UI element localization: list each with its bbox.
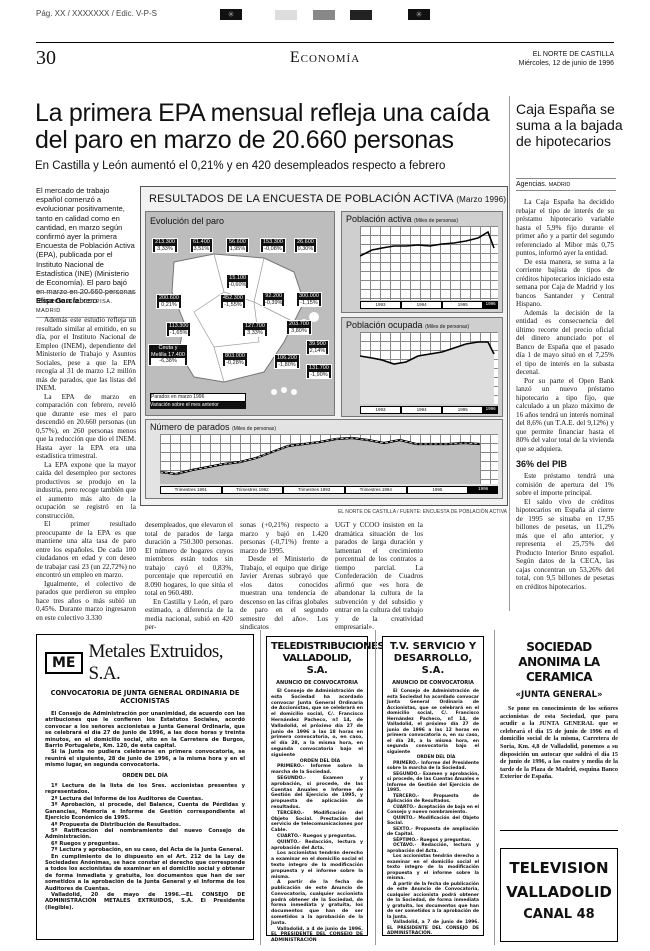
map-title: Evolución del paro xyxy=(150,216,224,226)
registration-mark-icon: ✳ xyxy=(220,9,242,20)
color-swatch-light xyxy=(275,10,297,20)
side-headline: Caja España se suma a la bajada de hipot… xyxy=(516,101,626,149)
region-tag: 39.9002,14% xyxy=(306,340,329,355)
infographic-title: RESULTADOS DE LA ENCUESTA DE POBLACIÓN A… xyxy=(149,193,506,205)
column-divider xyxy=(509,96,510,611)
ad-title: CONVOCATORIA DE JUNTA GENERAL ORDINARIA … xyxy=(45,689,245,705)
region-tag: 153.300-0,08% xyxy=(260,238,286,253)
ad-divider xyxy=(494,630,495,945)
article-column-2: desempleados, que elevaron el total de p… xyxy=(145,521,233,632)
chart-year-bar: 1993 1994 1995 1996 xyxy=(360,406,498,414)
chart-poblacion-ocupada: Población ocupada (Miles de personas) 19… xyxy=(341,317,503,417)
region-tag: 56.6001,95% xyxy=(226,238,249,253)
map-legend: Parados en marzo 1996 Variación sobre el… xyxy=(150,393,246,409)
population-employed-line xyxy=(360,332,498,404)
byline-author: Elisa García. xyxy=(36,296,81,305)
ad-television-valladolid: TELEVISION VALLADOLID CANAL 48 xyxy=(500,848,618,942)
ad-company: Metales Extruidos, S.A. xyxy=(89,641,246,685)
ad-teledistribuciones: TELEDISTRIBUCIONES VALLADOLID, S.A. ANUN… xyxy=(266,636,368,936)
chart-plot-area xyxy=(360,226,498,300)
side-byline: Agencias. MADRID xyxy=(516,178,616,191)
unemployment-map: Evolución del paro 213.3003,33% 61.4003,… xyxy=(145,211,335,416)
region-tag: 803.000-0,28% xyxy=(222,352,248,367)
ad-rule xyxy=(500,830,618,831)
region-tag: Ceuta y Melilla 17.400-6,38% xyxy=(148,344,188,366)
print-slug: Pág. XX / XXXXXXX / Edic. V-P-S xyxy=(36,9,157,18)
unemployed-area xyxy=(160,434,498,484)
header-rule xyxy=(36,42,614,43)
ad-brand: ME Metales Extruidos, S.A. xyxy=(45,641,245,685)
region-tag: 26.6000,30% xyxy=(294,238,317,253)
color-swatch-mid xyxy=(313,10,335,20)
main-headline: La primera EPA mensual refleja una caída… xyxy=(35,100,505,154)
ad-divider xyxy=(260,630,261,945)
infographic-source: EL NORTE DE CASTILLA / FUENTE: ENCUESTA … xyxy=(338,509,507,515)
ad-body: El Consejo de Administración por unanimi… xyxy=(45,711,245,911)
registration-mark-icon: ✳ xyxy=(408,9,430,20)
region-tag: 61.4003,51% xyxy=(190,238,213,253)
epa-infographic: RESULTADOS DE LA ENCUESTA DE POBLACIÓN A… xyxy=(140,186,508,506)
article-lead: El mercado de trabajo español comenzó a … xyxy=(36,186,136,306)
region-tag: 106.200-1,80% xyxy=(274,354,300,369)
ad-ceramica: SOCIEDAD ANONIMA LA CERAMICA «JUNTA GENE… xyxy=(500,640,618,781)
region-tag: 203.7003,80% xyxy=(286,320,312,335)
region-tag: 92.200-0,39% xyxy=(262,292,285,307)
region-tag: 200.6000,21% xyxy=(156,294,182,309)
region-tag: 300.000-1,15% xyxy=(296,292,322,307)
ad-divider xyxy=(375,630,376,945)
chart-plot-area xyxy=(360,332,498,404)
newspaper-name: EL NORTE DE CASTILLA xyxy=(519,50,614,59)
article-column-3: sonas (+0,21%) respecto a marzo y bajó e… xyxy=(240,521,328,632)
region-tag: 127.7003,33% xyxy=(242,322,268,337)
chart-numero-parados: Número de parados (Miles de personas) Tr… xyxy=(145,419,503,499)
region-tag: 213.3003,33% xyxy=(152,238,178,253)
region-tag: 113.300-1,65% xyxy=(166,322,191,337)
main-subheadline: En Castilla y León aumentó el 0,21% y en… xyxy=(35,160,445,172)
chart-year-bar: 1993 1994 1995 1996 xyxy=(360,301,498,309)
article-column-1: Además este estudio refleja un resultado… xyxy=(36,316,136,622)
side-article-body: La Caja España ha decidido rebajar el ti… xyxy=(516,198,614,591)
population-active-line xyxy=(360,226,498,300)
ad-metales-extruidos: ME Metales Extruidos, S.A. CONVOCATORIA … xyxy=(36,634,254,940)
region-tag: 131.700-1,90% xyxy=(306,364,332,379)
chart-plot-area xyxy=(160,434,498,484)
byline: Elisa García. COLPISA. MADRID xyxy=(36,292,136,318)
me-logo-icon: ME xyxy=(45,652,83,674)
region-tag: 452.300-1,55% xyxy=(220,294,246,309)
issue-date: Miércoles, 12 de junio de 1996 xyxy=(519,59,614,68)
masthead-info: EL NORTE DE CASTILLA Miércoles, 12 de ju… xyxy=(519,50,614,68)
side-subhead: 36% del PIB xyxy=(516,459,614,469)
ad-tv-servicio: T.V. SERVICIO Y DESARROLLO, S.A. ANUNCIO… xyxy=(382,636,484,936)
chart-year-bar: Trimestres 1991 Trimestres 1992 Trimestr… xyxy=(160,486,498,494)
color-swatch-dark xyxy=(350,10,372,20)
article-column-4: UGT y CCOO insisten en la dramática situ… xyxy=(335,521,423,632)
region-tag: 15.100-0,60% xyxy=(226,274,249,289)
chart-poblacion-activa: Población activa (Miles de personas) 199… xyxy=(341,211,503,313)
